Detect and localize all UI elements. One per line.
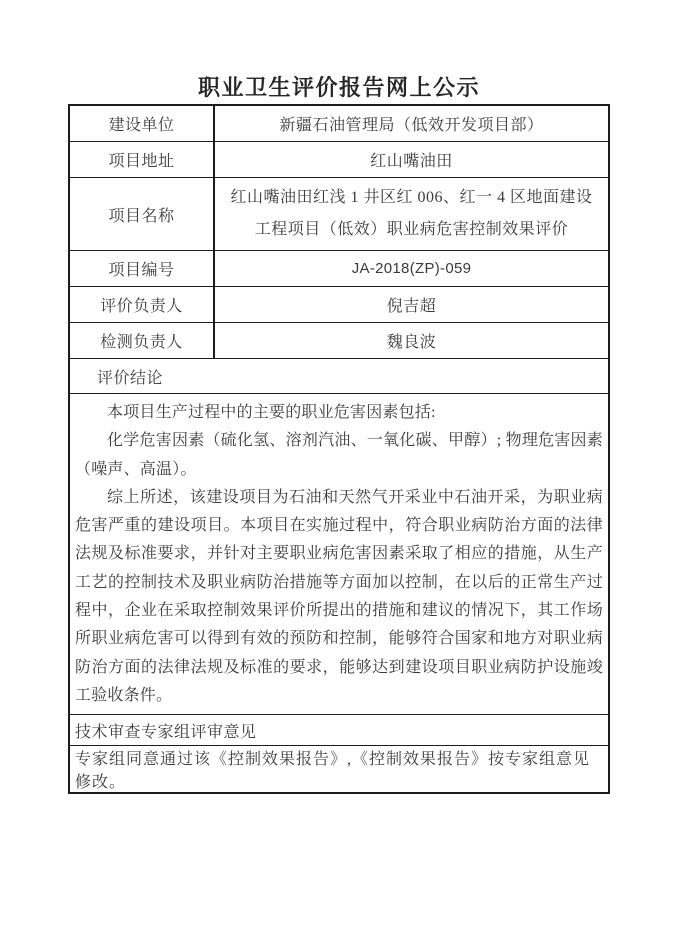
row-value: 倪吉超 — [215, 287, 608, 322]
table-row-project-address: 项目地址 红山嘴油田 — [70, 141, 608, 177]
conclusion-paragraph: 综上所述，该建设项目为石油和天然气开采业中石油开采，为职业病危害严重的建设项目。… — [75, 484, 603, 710]
row-label: 项目地址 — [70, 142, 215, 177]
conclusion-paragraph: 化学危害因素（硫化氢、溶剂汽油、一氧化碳、甲醇）; 物理危害因素（噪声、高温）。 — [75, 427, 603, 484]
expert-review-header-label: 技术审查专家组评审意见 — [75, 719, 257, 742]
publicity-table: 建设单位 新疆石油管理局（低效开发项目部） 项目地址 红山嘴油田 项目名称 红山… — [68, 104, 610, 794]
conclusion-header-row: 评价结论 — [70, 358, 608, 393]
page-title: 职业卫生评价报告网上公示 — [68, 71, 610, 102]
row-label: 项目名称 — [70, 178, 215, 250]
row-value: 魏良波 — [215, 323, 608, 358]
conclusion-header-label: 评价结论 — [97, 365, 163, 388]
table-row-project-name: 项目名称 红山嘴油田红浅 1 井区红 006、红一 4 区地面建设工程项目（低效… — [70, 177, 608, 250]
conclusion-paragraph: 本项目生产过程中的主要的职业危害因素包括: — [75, 399, 603, 427]
expert-review-header-row: 技术审查专家组评审意见 — [70, 714, 608, 745]
table-row-testing-lead: 检测负责人 魏良波 — [70, 322, 608, 358]
row-label: 检测负责人 — [70, 323, 215, 358]
table-row-evaluation-lead: 评价负责人 倪吉超 — [70, 286, 608, 322]
expert-opinion-row: 专家组同意通过该《控制效果报告》,《控制效果报告》按专家组意见修改。 — [70, 745, 608, 792]
row-label: 评价负责人 — [70, 287, 215, 322]
table-row-project-number: 项目编号 JA-2018(ZP)-059 — [70, 250, 608, 286]
row-value: 新疆石油管理局（低效开发项目部） — [215, 106, 608, 141]
document-page: 职业卫生评价报告网上公示 建设单位 新疆石油管理局（低效开发项目部） 项目地址 … — [0, 0, 679, 948]
row-label: 建设单位 — [70, 106, 215, 141]
row-value: 红山嘴油田 — [215, 142, 608, 177]
row-value: JA-2018(ZP)-059 — [215, 251, 608, 286]
expert-opinion-text: 专家组同意通过该《控制效果报告》,《控制效果报告》按专家组意见修改。 — [75, 746, 604, 792]
row-label: 项目编号 — [70, 251, 215, 286]
row-value: 红山嘴油田红浅 1 井区红 006、红一 4 区地面建设工程项目（低效）职业病危… — [215, 178, 608, 250]
table-row-construction-unit: 建设单位 新疆石油管理局（低效开发项目部） — [70, 106, 608, 141]
conclusion-body-row: 本项目生产过程中的主要的职业危害因素包括: 化学危害因素（硫化氢、溶剂汽油、一氧… — [70, 393, 608, 714]
